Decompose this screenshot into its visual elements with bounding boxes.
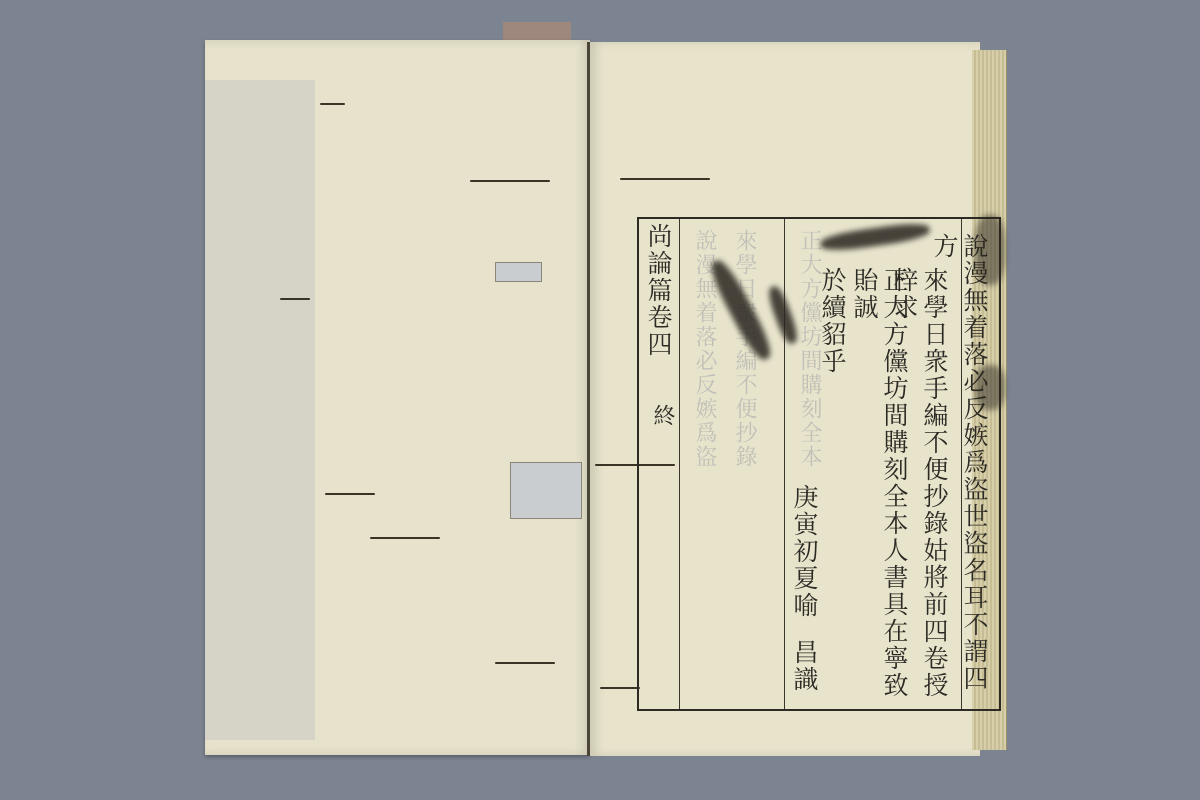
wormhole-trail <box>620 178 710 180</box>
wormhole-trail <box>600 687 640 689</box>
volume-title: 尚論篇卷四 <box>643 223 673 358</box>
wormhole-trail <box>370 537 440 539</box>
paper-hole <box>510 462 582 519</box>
column-rule <box>784 219 785 709</box>
print-frame: 說漫無着落必反嫉爲盜 來學日衆手編不便抄錄 正大方儻坊間購刻全本 尚論篇卷四 終… <box>637 217 1001 711</box>
wormhole-trail <box>325 493 375 495</box>
wormhole-trail <box>495 662 555 664</box>
end-mark: 終 <box>647 404 677 428</box>
paper-hole <box>495 262 542 282</box>
left-page-backing <box>205 80 315 740</box>
column-rule <box>679 219 680 709</box>
ink-smudge <box>975 215 1005 285</box>
wormhole-trail <box>470 180 550 182</box>
signature: 昌識 <box>789 639 819 693</box>
wormhole-trail <box>320 103 345 105</box>
wormhole-trail <box>280 298 310 300</box>
left-page <box>205 40 590 755</box>
open-book: 說漫無着落必反嫉爲盜 來學日衆手編不便抄錄 正大方儻坊間購刻全本 尚論篇卷四 終… <box>0 0 1200 800</box>
date-line: 庚寅初夏喻 <box>789 484 819 619</box>
preface-column-4: 於續貂乎 <box>817 267 847 375</box>
ink-smudge <box>975 365 1005 410</box>
preface-column-3: 正大方儻坊間購刻全本人書具在寧致貽誠 <box>849 267 909 709</box>
